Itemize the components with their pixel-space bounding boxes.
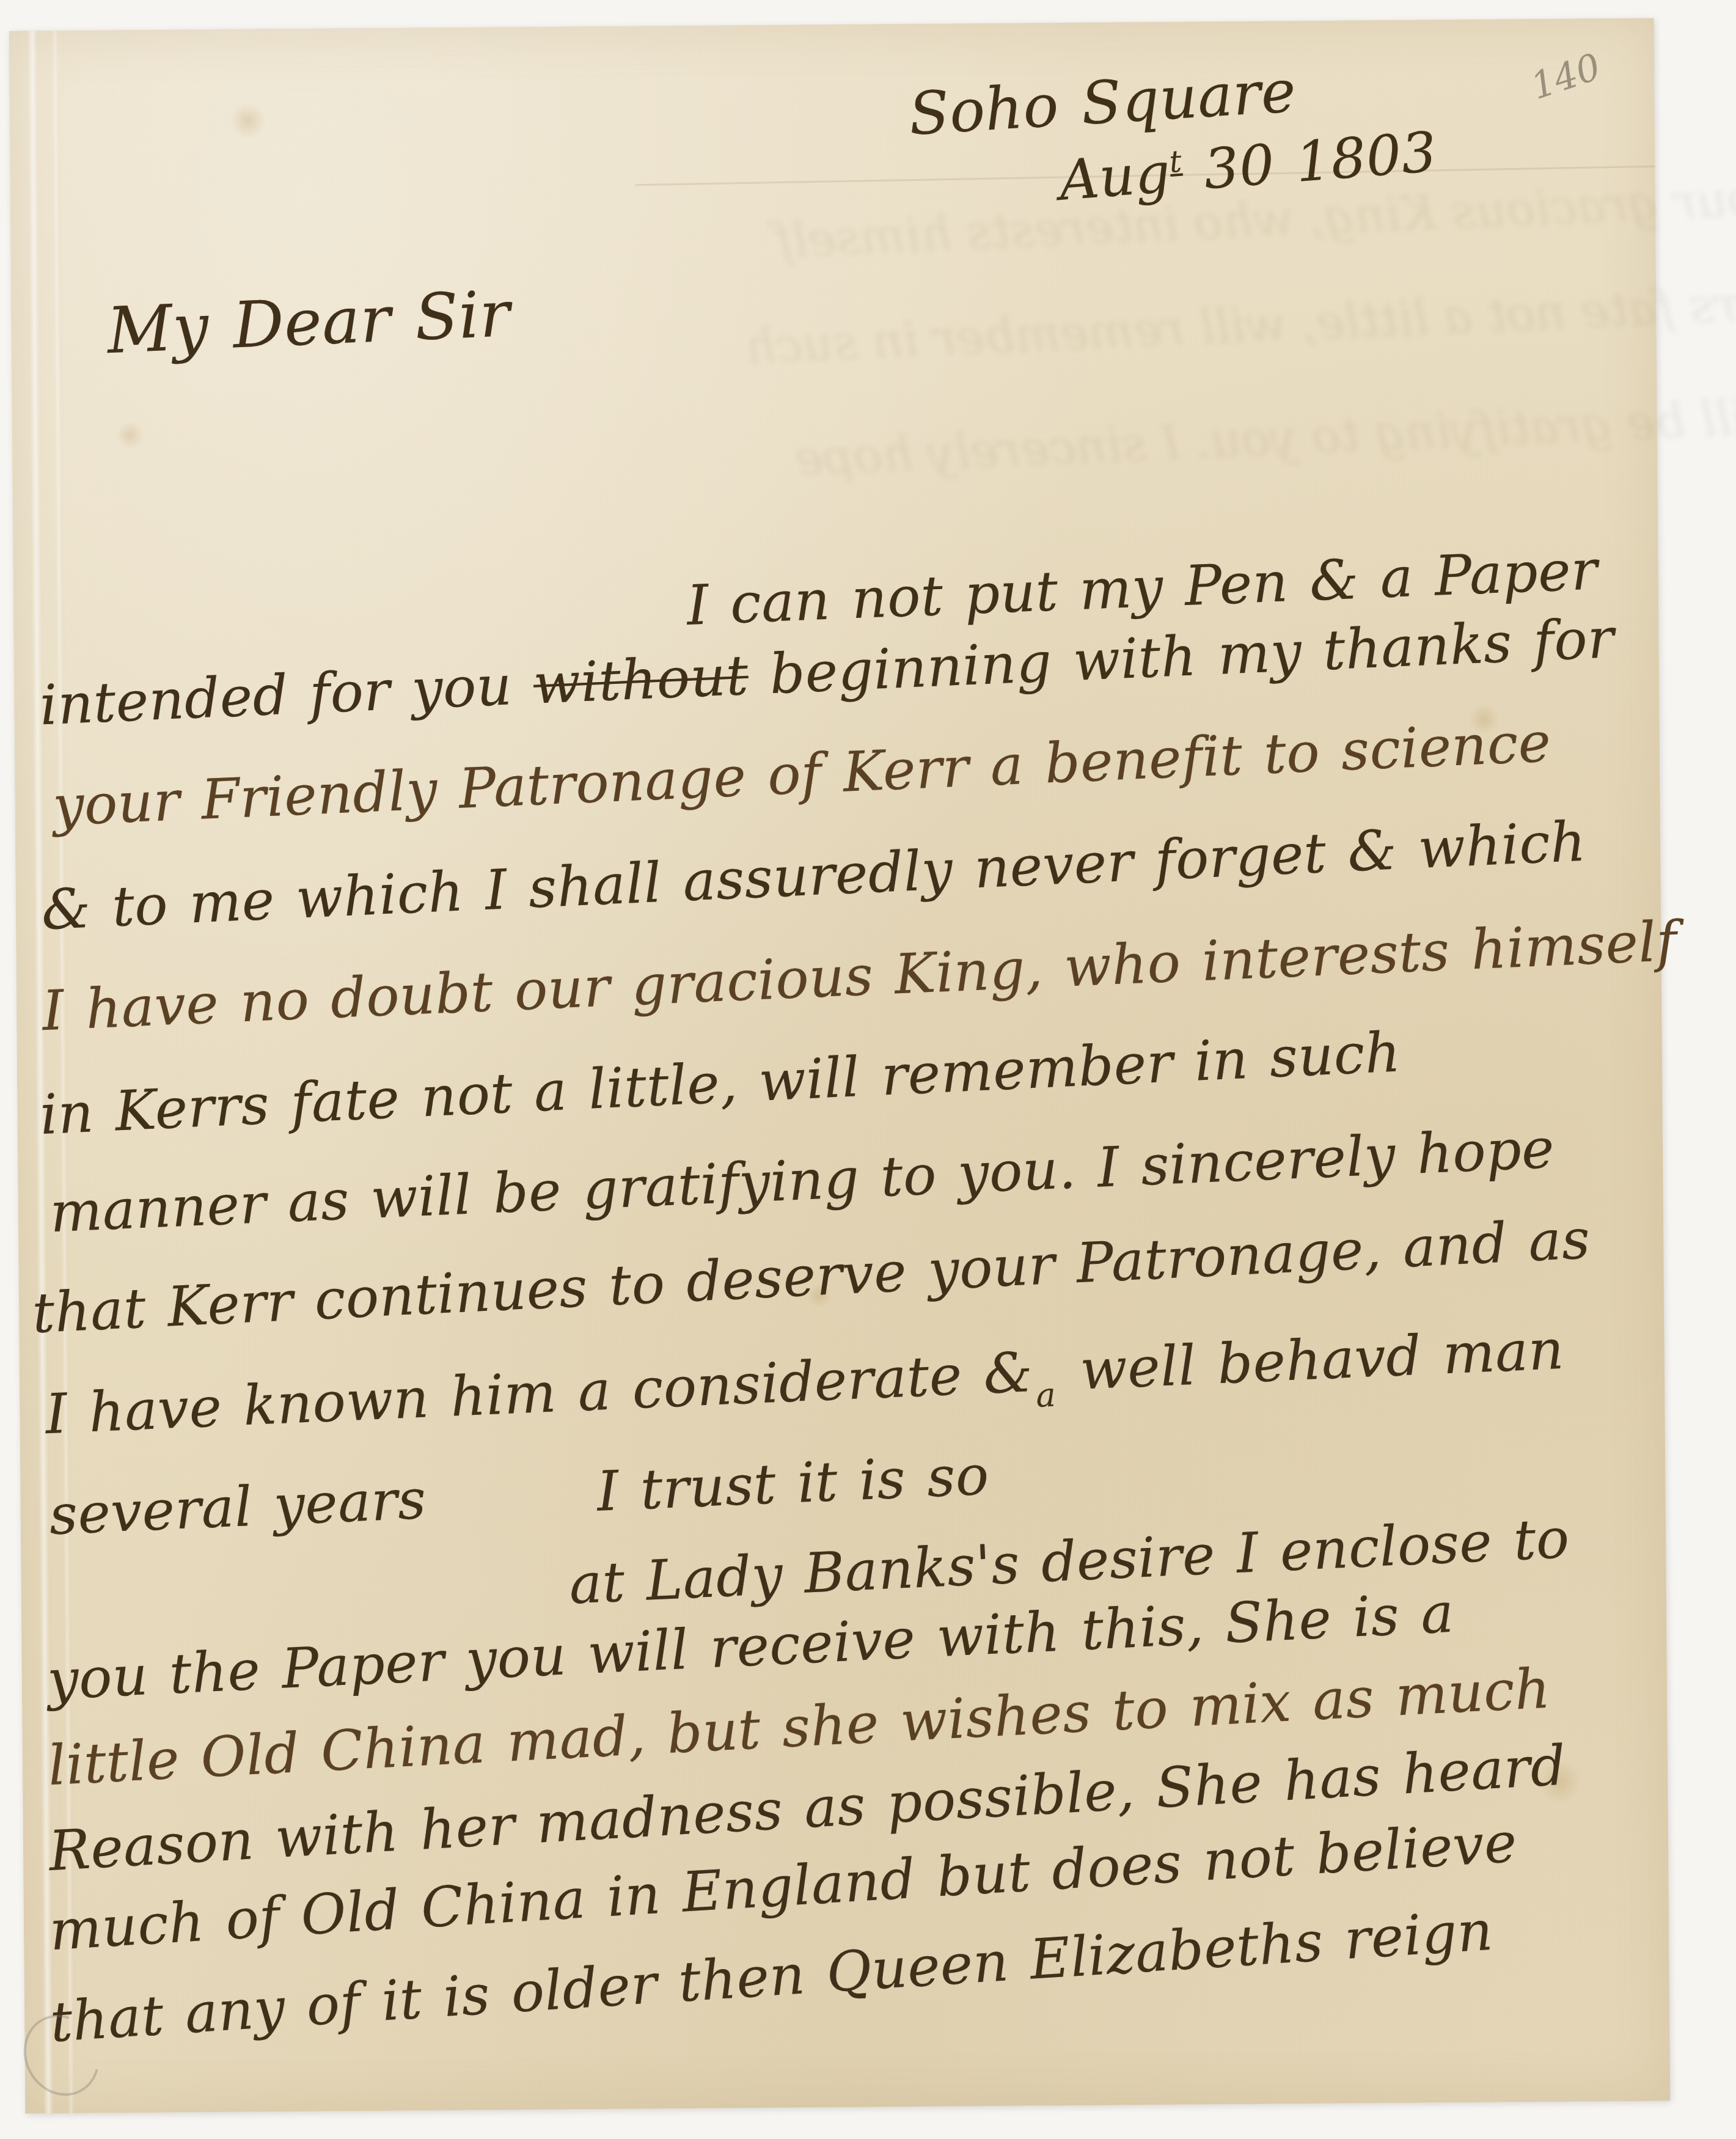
- ink-showthrough: in Kerrs fate not a little, will remembe…: [744, 271, 1736, 375]
- letter-place: Soho Square: [907, 62, 1298, 144]
- letter-paper-sheet: I have no doubt our gracious King, who i…: [9, 18, 1671, 2113]
- manuscript-line: I have known him a considerate &a well b…: [45, 1323, 1566, 1442]
- line-segment: I have known him a considerate &: [44, 1340, 1034, 1447]
- manuscript-line: your Friendly Patronage of Kerr a benefi…: [52, 715, 1553, 834]
- letter-date-month: Aug: [1057, 141, 1173, 213]
- struck-word: without: [532, 644, 750, 717]
- inserted-word: a: [1035, 1379, 1057, 1412]
- manuscript-line: I have no doubt our gracious King, who i…: [41, 914, 1678, 1039]
- scanned-letter-page: { "colors": { "background": "#f6f5f2", "…: [0, 0, 1736, 2139]
- manuscript-line: & to me which I shall assuredly never fo…: [40, 815, 1587, 938]
- paper-crease-left-2: [52, 31, 75, 2113]
- foxing-spot: [230, 102, 266, 139]
- paper-crease-left: [27, 31, 54, 2113]
- line-segment: several years: [48, 1467, 427, 1547]
- salutation: My Dear Sir: [106, 282, 511, 362]
- letter-date-superscript: t: [1168, 144, 1184, 180]
- line-segment: intended for you: [38, 653, 535, 738]
- foxing-spot: [116, 421, 144, 449]
- manuscript-line: in Kerrs fate not a little, will remembe…: [39, 1025, 1402, 1143]
- line-segment: well behavd man: [1057, 1318, 1565, 1403]
- line-segment: I trust it is so: [596, 1443, 991, 1524]
- folio-number-pencil: 140: [1526, 45, 1606, 108]
- manuscript-line: several yearsI trust it is so: [48, 1448, 990, 1543]
- ink-showthrough: manner as will be gratifying to you. I s…: [794, 378, 1736, 486]
